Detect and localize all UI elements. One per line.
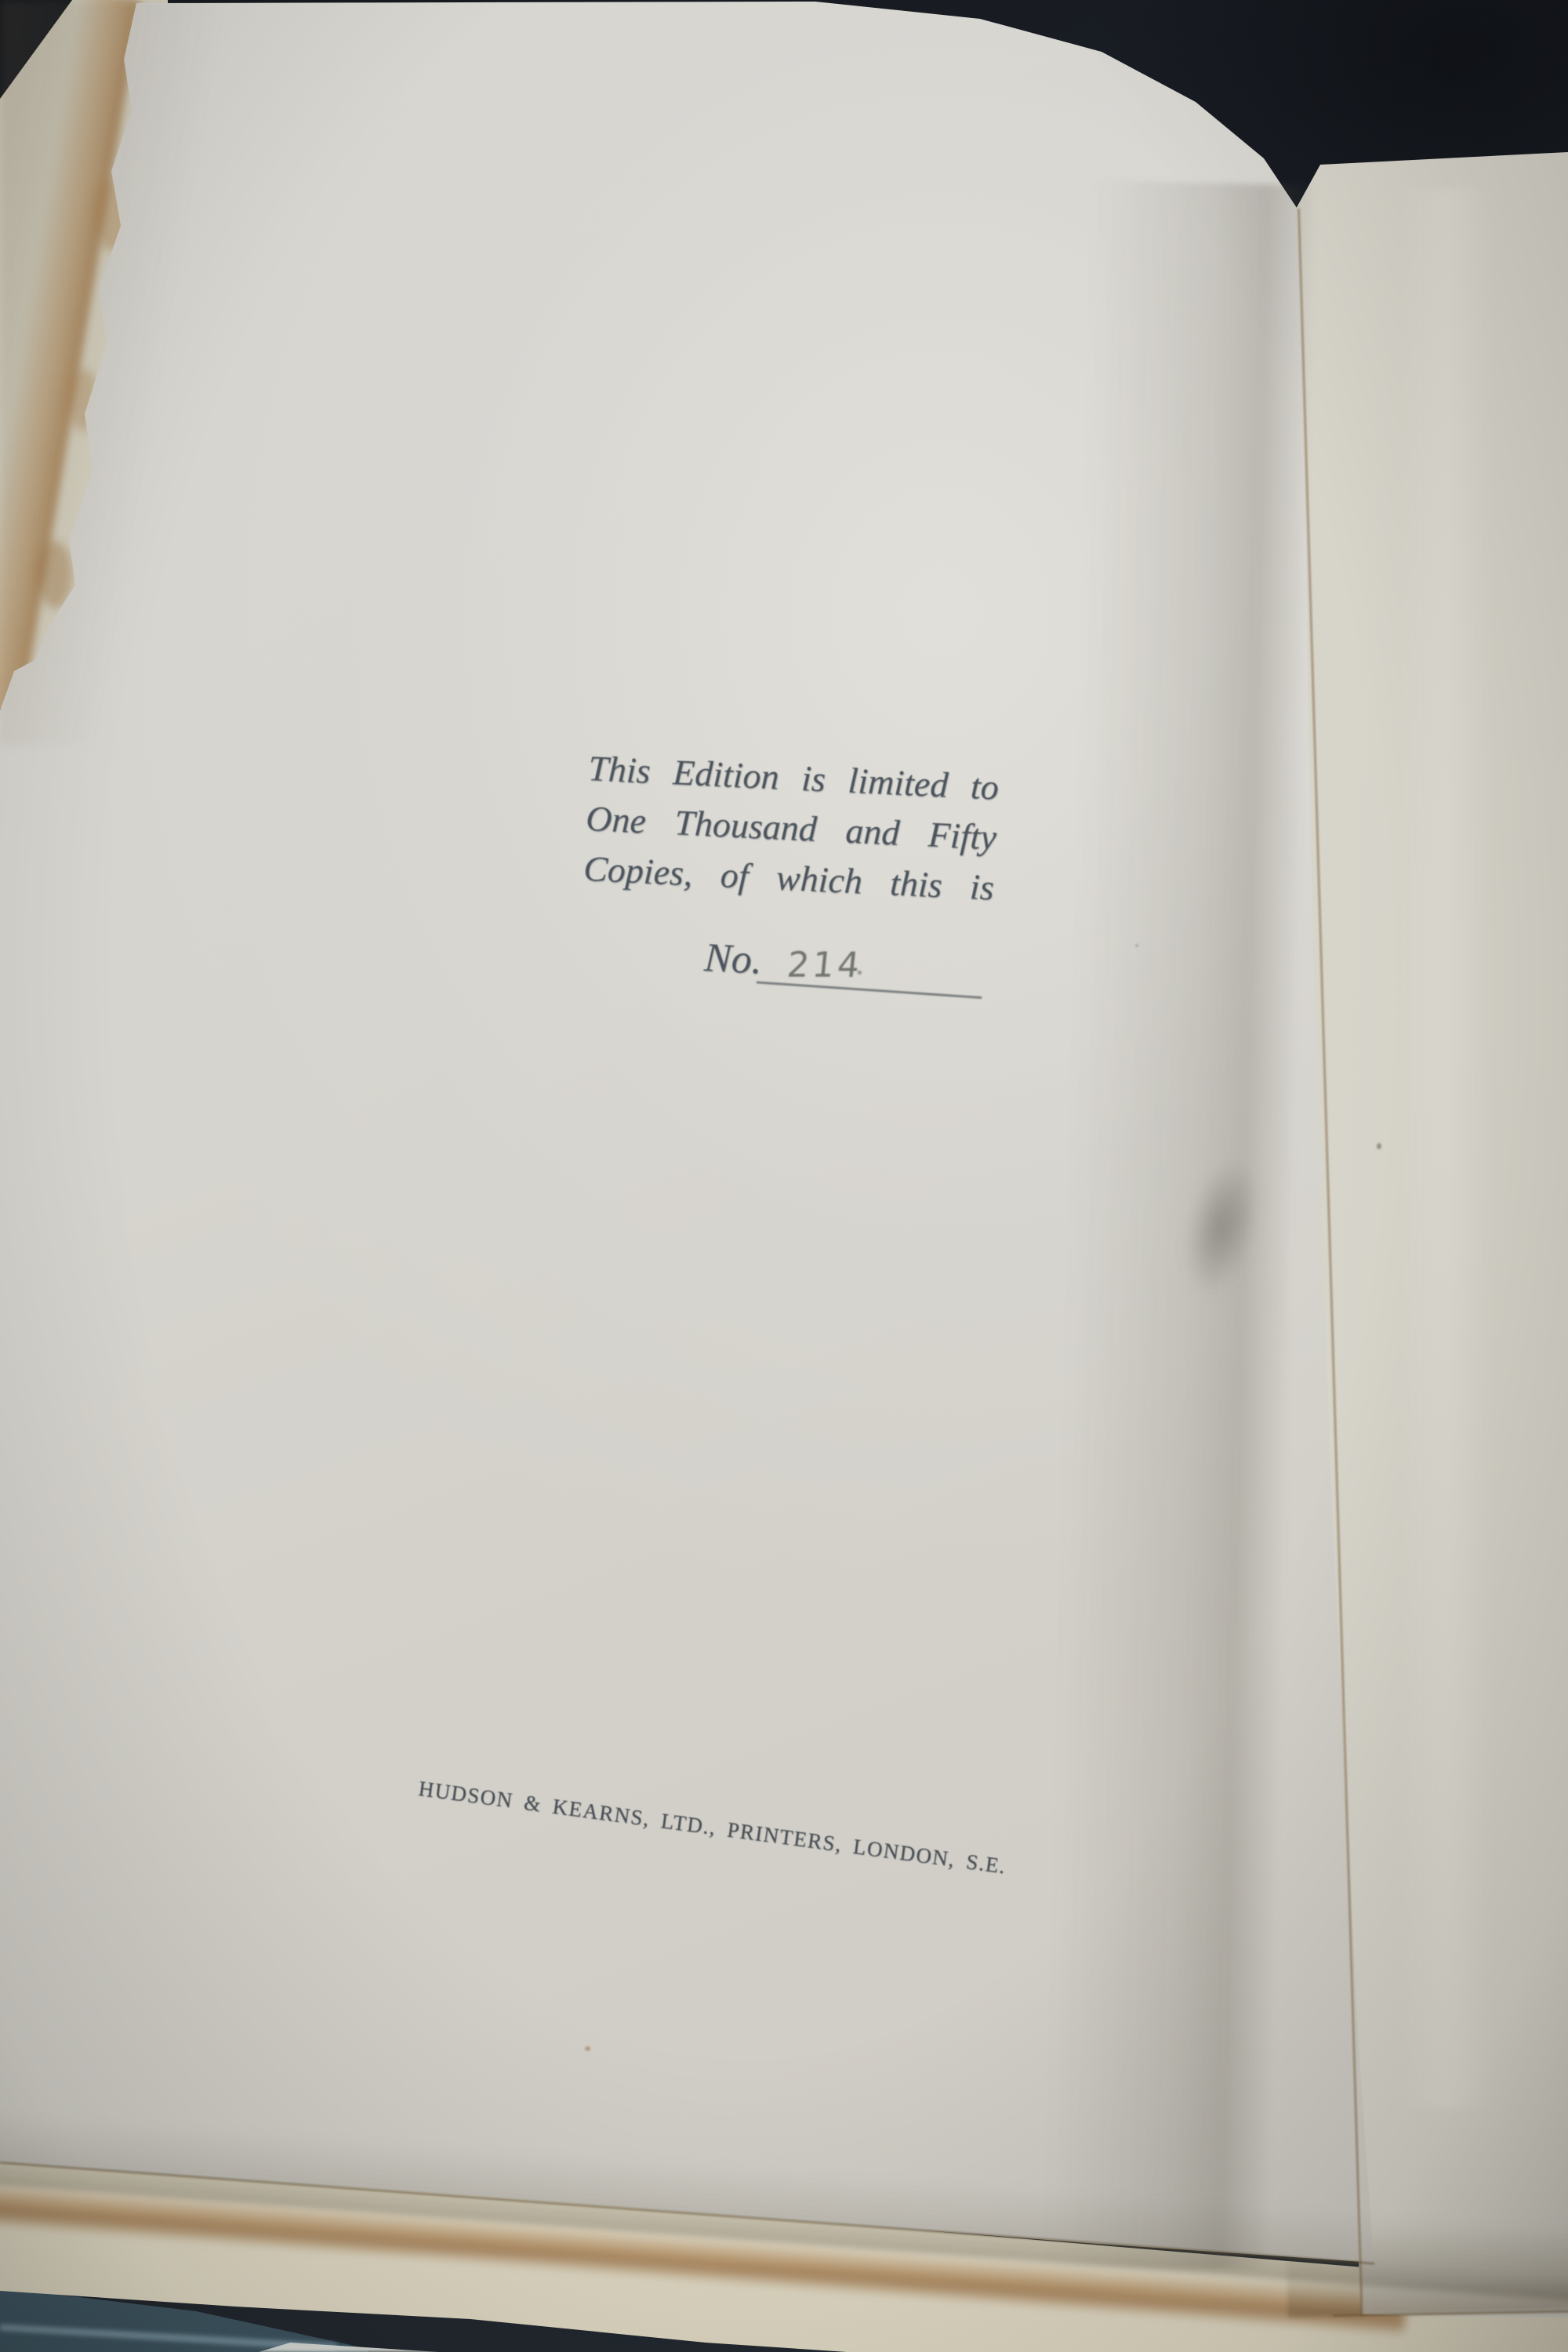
paper-speck (1377, 1143, 1381, 1149)
open-book-photo: This Edition is limited to One Thousand … (0, 0, 1568, 2352)
handwritten-edition-number: 214 (785, 946, 864, 985)
paper-speck (585, 2046, 590, 2051)
left-edge-shadow (0, 0, 235, 745)
number-label: No. (703, 935, 764, 984)
paper-speck (858, 971, 862, 975)
next-page-sheen (1396, 188, 1497, 2109)
limitation-statement: This Edition is limited to One Thousand … (583, 743, 1000, 913)
paper-speck (1135, 944, 1138, 947)
